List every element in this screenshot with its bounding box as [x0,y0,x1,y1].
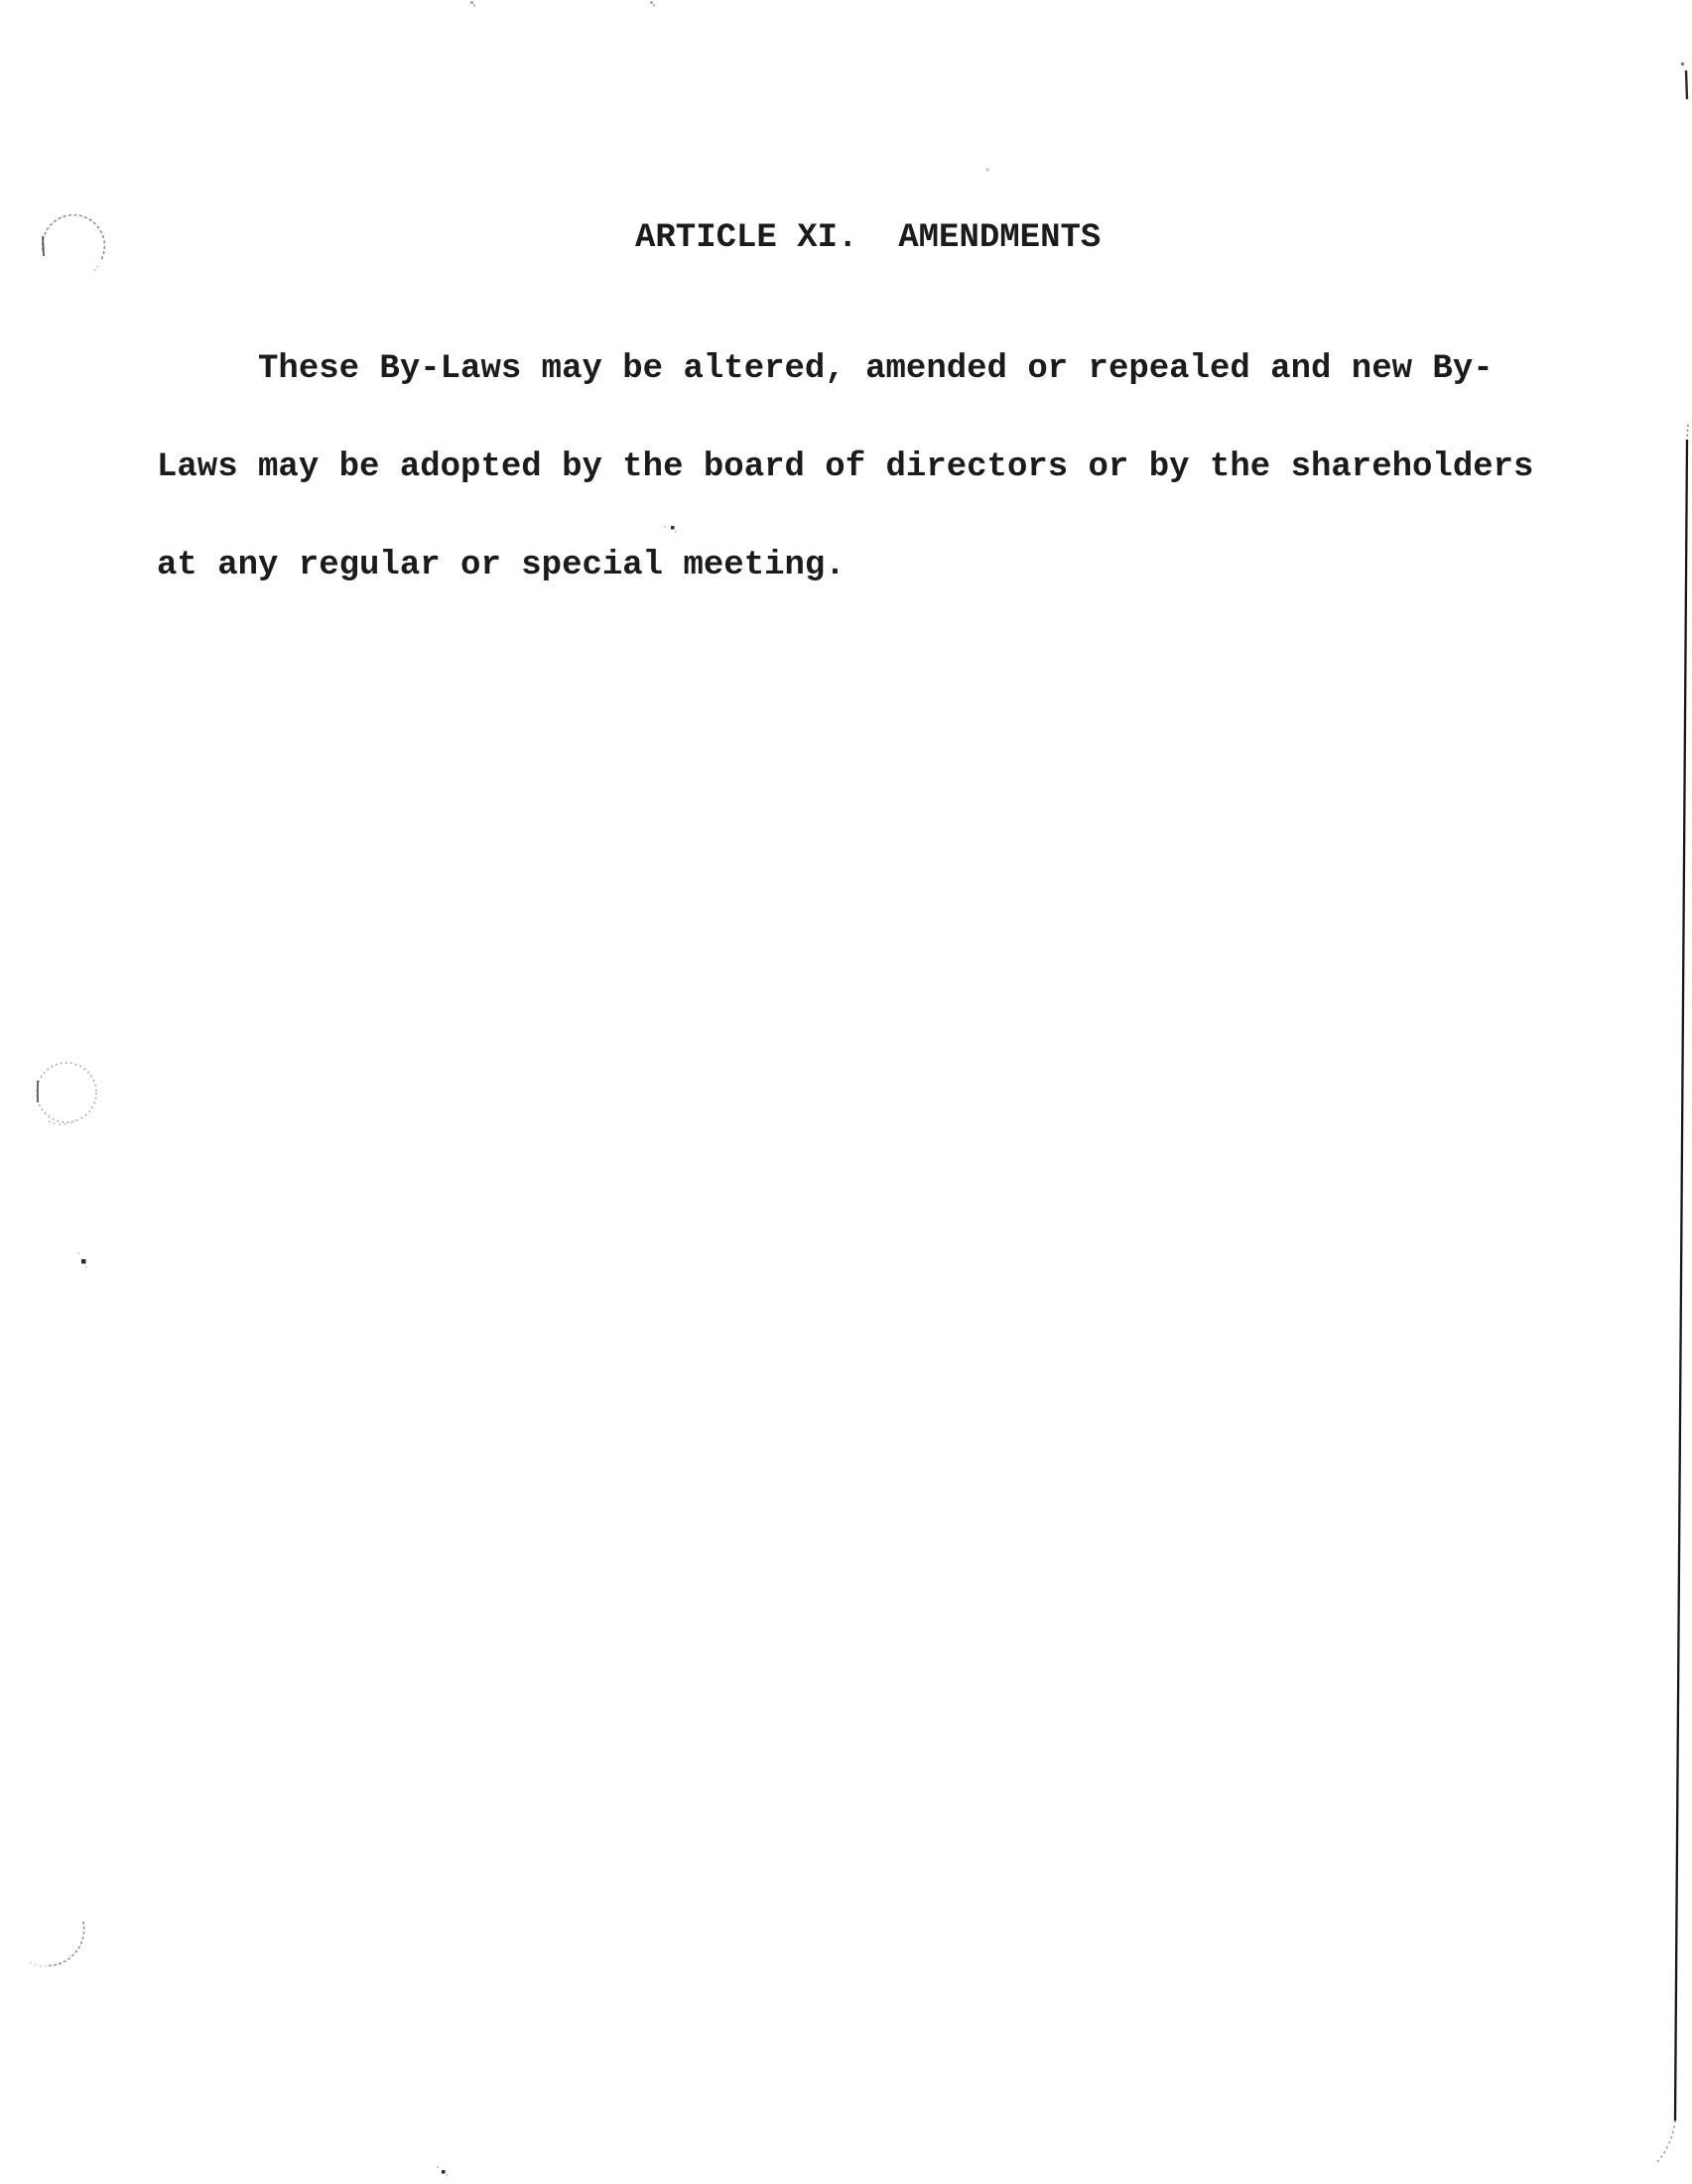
top-edge-speck-left [470,1,475,7]
faint-dot-near-heading [985,168,989,172]
paragraph-line-1: These By-Laws may be altered, amended or… [157,353,1533,386]
right-edge-scan-line [1656,425,1688,2163]
left-margin-speck [77,1252,87,1268]
hole-punch-mark-top [43,215,105,271]
hole-punch-mark-bottom [30,1922,84,1967]
scanned-document-page: ARTICLE XI. AMENDMENTS These By-Laws may… [0,0,1692,2184]
top-edge-speck-right [650,1,655,7]
hole-punch-mark-middle [37,1063,96,1124]
bottom-edge-speck [437,2166,448,2176]
bylaws-paragraph: These By-Laws may be altered, amended or… [157,288,1533,648]
top-right-tick-mark [1681,63,1687,99]
paragraph-line-3: at any regular or special meeting. [157,550,1533,582]
article-heading: ARTICLE XI. AMENDMENTS [635,222,1101,255]
paragraph-line-2: Laws may be adopted by the board of dire… [157,451,1533,484]
